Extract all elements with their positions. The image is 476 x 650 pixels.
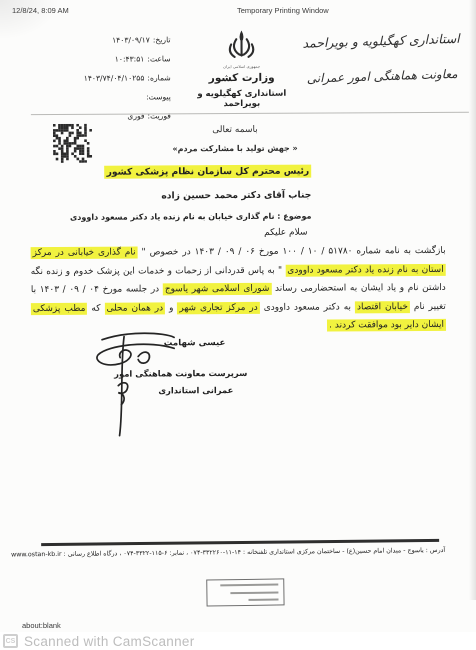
- body-text: به دکتر مسعود داوودی: [260, 302, 355, 312]
- body-highlight: شورای اسلامی شهر یاسوج: [163, 283, 272, 296]
- field-attachment: پیوست:: [11, 87, 171, 107]
- field-date: تاریخ:۱۴۰۳/۰۹/۱۷: [10, 30, 170, 50]
- iran-emblem-icon: [223, 28, 259, 66]
- salutation: سلام علیکم: [264, 228, 307, 238]
- camscanner-watermark-bar: CS Scanned with CamScanner: [0, 632, 476, 650]
- camscanner-watermark-text: Scanned with CamScanner: [24, 634, 195, 649]
- field-time: ساعت:۱۰:۴۳:۵۱: [11, 49, 171, 69]
- addressee-block: رئیس محترم کل سازمان نظام پزشکی کشور جنا…: [70, 166, 312, 222]
- body-text: و: [165, 303, 177, 313]
- addressee-title-highlight: رئیس محترم کل سازمان نظام پزشکی کشور: [105, 165, 312, 179]
- field-date-value: ۱۴۰۳/۰۹/۱۷: [112, 35, 150, 44]
- field-attachment-label: پیوست:: [146, 92, 171, 101]
- field-number-label: شماره:: [147, 73, 170, 82]
- body-highlight: در همان محلی: [104, 302, 165, 314]
- registration-stamp: [206, 578, 284, 606]
- body-text: بازگشت به نامه شماره ۵۱۷۸۰ / ۱۰ / ۱۰۰ مو…: [138, 246, 446, 258]
- emblem-caption: جمهوری اسلامی ایران: [182, 64, 302, 69]
- letter-body: بازگشت به نامه شماره ۵۱۷۸۰ / ۱۰ / ۱۰۰ مو…: [31, 242, 446, 337]
- ministry-name: وزارت کشور: [182, 72, 302, 85]
- letterhead-calligraphy: استانداری کهگیلویه و بویراحمد معاونت هما…: [302, 31, 461, 86]
- governorate-name: استانداری کهگیلویه و بویراحمد: [182, 89, 302, 110]
- calligraphy-governorate: استانداری کهگیلویه و بویراحمد: [302, 31, 460, 51]
- print-footer-url: about:blank: [22, 621, 61, 630]
- field-date-label: تاریخ:: [153, 35, 171, 44]
- field-time-label: ساعت:: [147, 54, 170, 63]
- addressee-title: رئیس محترم کل سازمان نظام پزشکی کشور: [70, 166, 312, 178]
- scanned-letter-page: 12/8/24, 8:09 AM Temporary Printing Wind…: [0, 0, 476, 650]
- basmala: باسمه تعالی: [0, 124, 471, 136]
- field-time-value: ۱۰:۴۳:۵۱: [115, 54, 145, 63]
- body-highlight: در مرکز تجاری شهر: [177, 301, 259, 313]
- body-highlight: خیابان اقتصاد: [355, 301, 410, 313]
- letter-content: استانداری کهگیلویه و بویراحمد معاونت هما…: [0, 0, 476, 650]
- addressee-name: جناب آقای دکتر محمد حسین زاده: [70, 190, 312, 202]
- calligraphy-deputy: معاونت هماهنگی امور عمرانی: [303, 67, 461, 86]
- field-number-value: ۱۴۰۳/۷۴/۰۴/۱۰۲۵۵: [84, 73, 145, 82]
- letter-meta-fields: تاریخ:۱۴۰۳/۰۹/۱۷ ساعت:۱۰:۴۳:۵۱ شماره:۱۴۰…: [10, 30, 170, 126]
- footer-rule: [41, 539, 439, 546]
- handwritten-signature: [78, 328, 187, 439]
- body-text: که: [87, 303, 104, 313]
- footer-address: آدرس : یاسوج - میدان امام حسین(ع) - ساخت…: [53, 547, 445, 558]
- camscanner-logo-icon: CS: [3, 634, 18, 648]
- subject-line: موضوع : نام گذاری خیابان به نام زنده یاد…: [70, 212, 312, 222]
- field-number: شماره:۱۴۰۳/۷۴/۰۴/۱۰۲۵۵: [11, 68, 171, 88]
- letterhead-center: جمهوری اسلامی ایران وزارت کشور استانداری…: [181, 28, 301, 110]
- year-slogan: «جهش تولید با مشارکت مردم »: [0, 143, 471, 154]
